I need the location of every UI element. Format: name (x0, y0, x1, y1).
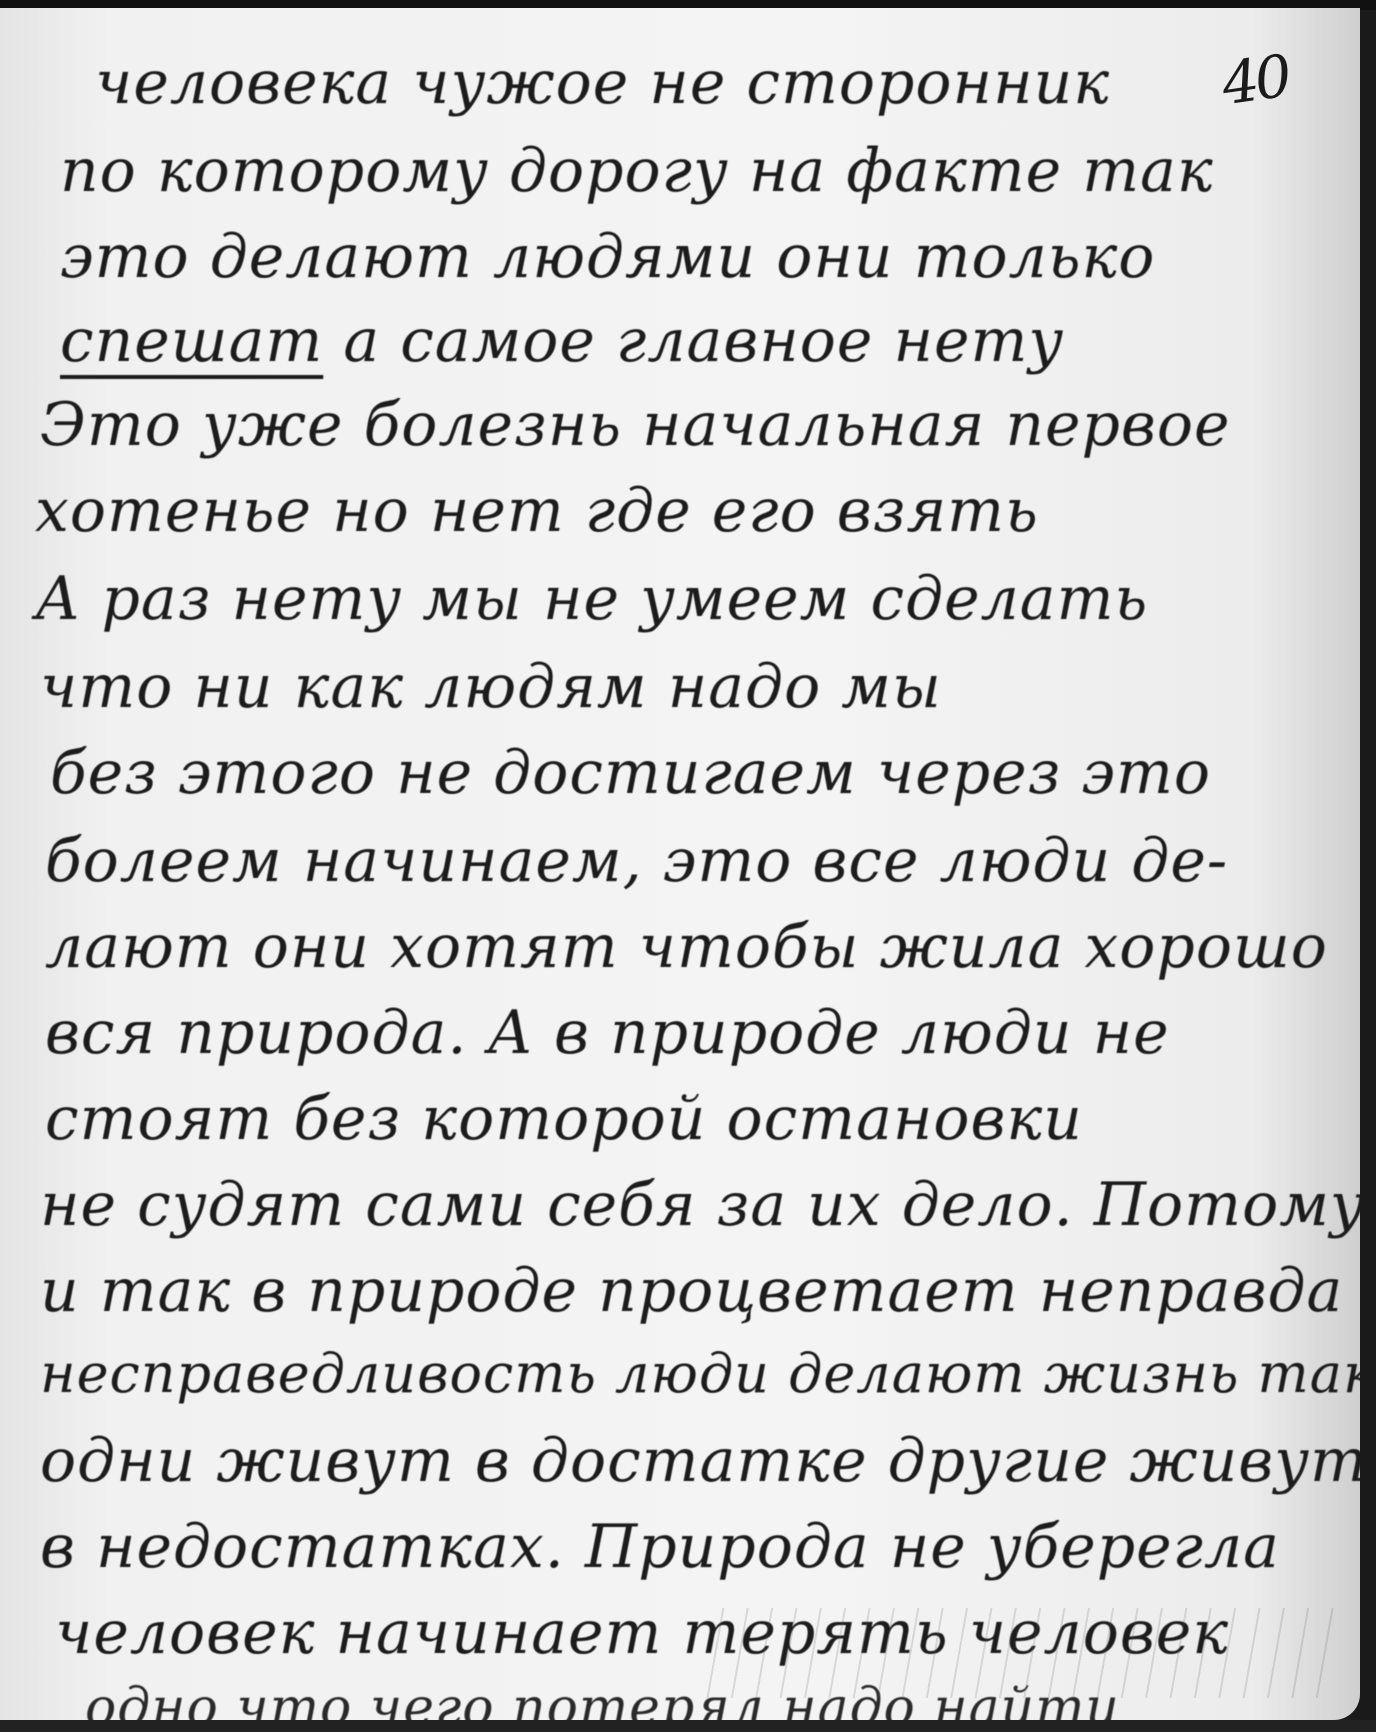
text-line: лают они хотят чтобы жила хорошо (45, 912, 1328, 982)
text-line: человека чужое не сторонник (95, 48, 1110, 118)
text-line: хотенье но нет где его взять (35, 476, 1039, 546)
text-line: по которому дорогу на факте так (60, 136, 1214, 206)
text-line: одни живут в достатке другие живут (40, 1426, 1360, 1496)
text-line: несправедливость люди делают жизнь таков… (40, 1342, 1360, 1405)
text-line: и так в природе процветает неправда (40, 1256, 1343, 1326)
text-line: Это уже болезнь начальная первое (40, 390, 1231, 460)
line-remainder: а самое главное нету (343, 306, 1064, 376)
text-line: это делают людями они только (60, 222, 1155, 292)
text-line: не судят сами себя за их дело. Потому (40, 1170, 1360, 1240)
text-line: что ни как людям надо мы (40, 652, 942, 722)
text-line: без этого не достигаем через это (50, 738, 1211, 808)
manuscript-page: 40 человека чужое не сторонник по которо… (0, 8, 1360, 1720)
text-line: в недостатках. Природа не уберегла (40, 1512, 1280, 1582)
text-line: болеем начинаем, это все люди де- (45, 826, 1228, 896)
text-line: спешат а самое главное нету (60, 306, 1064, 376)
underlined-word: спешат (60, 306, 323, 376)
text-line: вся природа. А в природе люди не (45, 998, 1170, 1068)
text-line: А раз нету мы не умеем сделать (35, 564, 1148, 634)
ink-bleed-through (700, 1608, 1340, 1698)
page-number: 40 (1218, 42, 1293, 118)
scan-bottom-edge (0, 1720, 1376, 1732)
text-line: стоят без которой остановки (45, 1084, 1083, 1154)
